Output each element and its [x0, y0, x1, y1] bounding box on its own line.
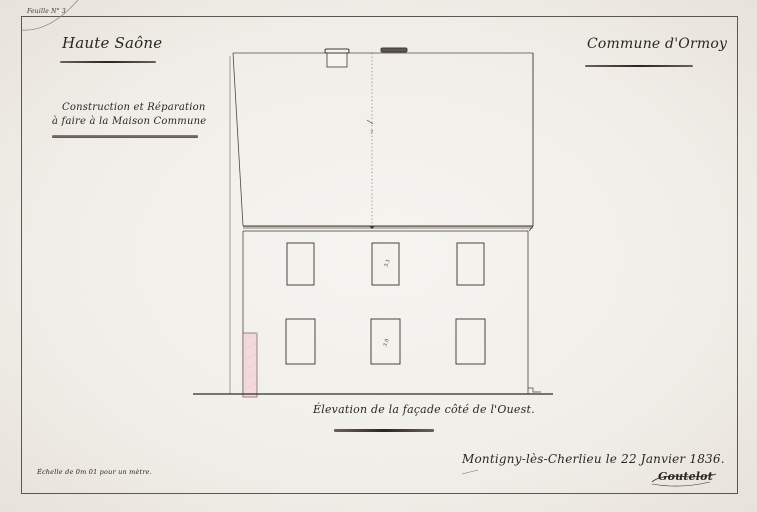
elevation-drawing: 7 3.1 3.0 [0, 0, 757, 512]
place-date: Montigny-lès-Cherlieu le 22 Janvier 1836… [462, 452, 725, 466]
caption-underline [334, 429, 434, 432]
elevation-caption: Élevation de la façade côté de l'Ouest. [313, 403, 535, 416]
signature: Goutelot [658, 470, 713, 483]
window [457, 243, 484, 285]
chimney-left [325, 49, 349, 67]
scale-note: Échelle de 0m 01 pour un mètre. [37, 468, 152, 476]
plinth-detail [528, 388, 541, 392]
window [456, 319, 485, 364]
chimney-right [381, 48, 407, 52]
date-line-flourish [462, 470, 478, 474]
dimension-label-roof: 7 [370, 130, 374, 136]
department-title: Haute Saône [62, 34, 162, 52]
sheet-number-arc [22, 0, 78, 30]
commune-underline [585, 65, 693, 67]
section-wall-hatched [243, 333, 257, 397]
commune-title: Commune d'Ormoy [587, 36, 727, 52]
window [287, 243, 314, 285]
subject-underline [52, 135, 198, 138]
subject-line-2: à faire à la Maison Commune [52, 116, 206, 127]
cornice [243, 226, 533, 231]
department-underline [60, 61, 156, 63]
sheet-number: Feuille N° 3 [27, 8, 66, 15]
subject-line-1: Construction et Réparation [62, 102, 206, 113]
window [286, 319, 315, 364]
